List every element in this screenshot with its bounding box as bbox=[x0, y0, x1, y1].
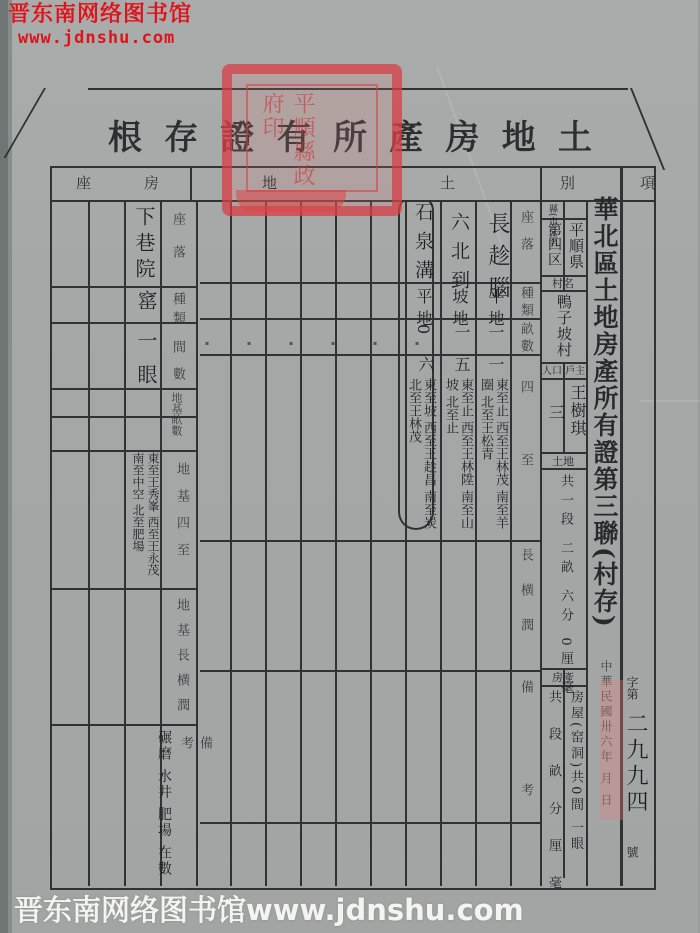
village-value: 鴨子坡村 bbox=[554, 294, 575, 358]
header-land-label-2: 地 bbox=[262, 172, 277, 193]
title-char: 房 bbox=[438, 110, 488, 150]
column-line bbox=[265, 200, 267, 886]
house-location: 下巷院 bbox=[130, 206, 159, 284]
header-house-label-2: 座 bbox=[76, 172, 91, 193]
column-line bbox=[335, 200, 337, 886]
parcel-1-boundaries: 東至止 西至王林茂 南至羊圈 北至王松青 bbox=[478, 378, 508, 538]
row-line bbox=[50, 286, 198, 288]
header-separator bbox=[190, 168, 192, 200]
parcel-3-area-mu: 0 bbox=[414, 324, 433, 340]
parcel-2-boundaries: 東至止 西至王林陞 南至山坡 北至止 bbox=[443, 378, 473, 538]
house-remarks: 碾磨 水井 肥場 在數 bbox=[156, 730, 171, 880]
column-line bbox=[440, 200, 442, 886]
house-label-type: 種類 bbox=[168, 292, 187, 330]
people-household-label: 人口 戶主 bbox=[542, 364, 585, 379]
title-char: 土 bbox=[550, 110, 600, 150]
row-line bbox=[50, 724, 198, 726]
column-line bbox=[475, 200, 477, 886]
house-label-base-boundaries: 地基四至 bbox=[172, 462, 191, 570]
house-label-base-dims: 地基長横潤 bbox=[172, 598, 191, 723]
land-total-label: 土地 bbox=[552, 454, 574, 469]
land-total-value: 共一段 二畝 六分 0厘 毫 bbox=[556, 474, 575, 700]
header-separator bbox=[540, 168, 542, 200]
seal-ink-blot bbox=[236, 190, 346, 212]
land-label-boundaries: 四至 bbox=[516, 380, 535, 526]
column-line bbox=[300, 200, 302, 886]
house-label: 房產 bbox=[552, 670, 574, 685]
row-line bbox=[50, 450, 198, 452]
people-label: 人口 bbox=[542, 366, 562, 377]
house-value: 房屋(窑洞)共0間 一眼 bbox=[568, 690, 583, 853]
watermark-top: 晋东南网络图书馆 www.jdnshu.com bbox=[8, 2, 192, 48]
parcel-2-area-fen: 五 bbox=[450, 356, 473, 378]
land-label-dims: 長横潤 bbox=[516, 548, 535, 653]
header-category-label: 別 bbox=[560, 172, 575, 193]
parcel-1-area-fen: 一 bbox=[484, 356, 507, 378]
district-value: 第四区 bbox=[544, 222, 564, 267]
parcel-3-location: 石泉溝 bbox=[410, 202, 437, 289]
title-char: 地 bbox=[494, 110, 544, 150]
title-char: 根 bbox=[100, 110, 150, 150]
column-line bbox=[230, 200, 232, 886]
land-label-location: 座落 bbox=[516, 210, 535, 264]
house-label-count: 間數 bbox=[168, 340, 187, 394]
paper-edge-shadow bbox=[8, 0, 12, 933]
parcel-3-boundaries: 東至坡 西至王趁昌 南至炭 北至王林茂 bbox=[406, 378, 436, 538]
row-line bbox=[50, 588, 198, 590]
row-line bbox=[200, 670, 540, 672]
village-label: 村名 bbox=[552, 276, 574, 291]
house-count: 一眼 bbox=[132, 330, 161, 398]
header-item-label: 項 bbox=[640, 172, 655, 193]
title-char: 存 bbox=[156, 110, 206, 150]
watermark-top-url: www.jdnshu.com bbox=[8, 28, 192, 48]
household-label: 戶主 bbox=[565, 366, 585, 377]
household-value: 王樹琪 bbox=[566, 384, 589, 438]
land-label-type: 種類 bbox=[516, 286, 535, 320]
serial-number: 二九九四 bbox=[620, 712, 651, 816]
header-house-label: 房 bbox=[144, 172, 159, 193]
column-line bbox=[124, 200, 126, 886]
house-boundaries: 東至王秀峯 西至王永茂 南至中空 北至肥場 bbox=[130, 452, 160, 587]
house-label-base-area: 地基畝數 bbox=[168, 392, 184, 436]
small-stamp-row: ▪ ▪ ▪ ▪ ▪ ▪ bbox=[205, 340, 515, 346]
land-label-remarks: 備考 bbox=[516, 680, 535, 886]
date-seal bbox=[600, 680, 624, 820]
column-line bbox=[370, 200, 372, 886]
row-line bbox=[200, 822, 540, 824]
land-label-area: 畝數 bbox=[516, 322, 535, 356]
house-label-location: 座落 bbox=[168, 212, 187, 278]
house-type: 窰 bbox=[132, 290, 161, 320]
base-area-value: 共 段 畝 分 厘 毫 bbox=[546, 690, 561, 899]
watermark-top-name: 晋东南网络图书馆 bbox=[8, 2, 192, 28]
county-value: 平順県 bbox=[566, 222, 587, 270]
number-suffix: 號 bbox=[624, 846, 639, 858]
header-land-label: 土 bbox=[440, 172, 455, 193]
paper-edge bbox=[0, 0, 8, 933]
parcel-3-area-fen: 六 bbox=[414, 356, 437, 378]
number-label: 字第 bbox=[624, 676, 639, 700]
column-line bbox=[540, 200, 542, 886]
column-line bbox=[586, 200, 588, 886]
watermark-bottom: 晋东南网络图书馆www.jdnshu.com bbox=[14, 888, 524, 929]
people-value: 三 bbox=[544, 404, 567, 426]
form-title: 華北區土地房產所有證第三聯(村存) bbox=[590, 196, 618, 629]
row-line bbox=[200, 540, 540, 542]
parcel-2-location: 六北到 bbox=[446, 212, 473, 299]
column-line bbox=[88, 200, 90, 886]
